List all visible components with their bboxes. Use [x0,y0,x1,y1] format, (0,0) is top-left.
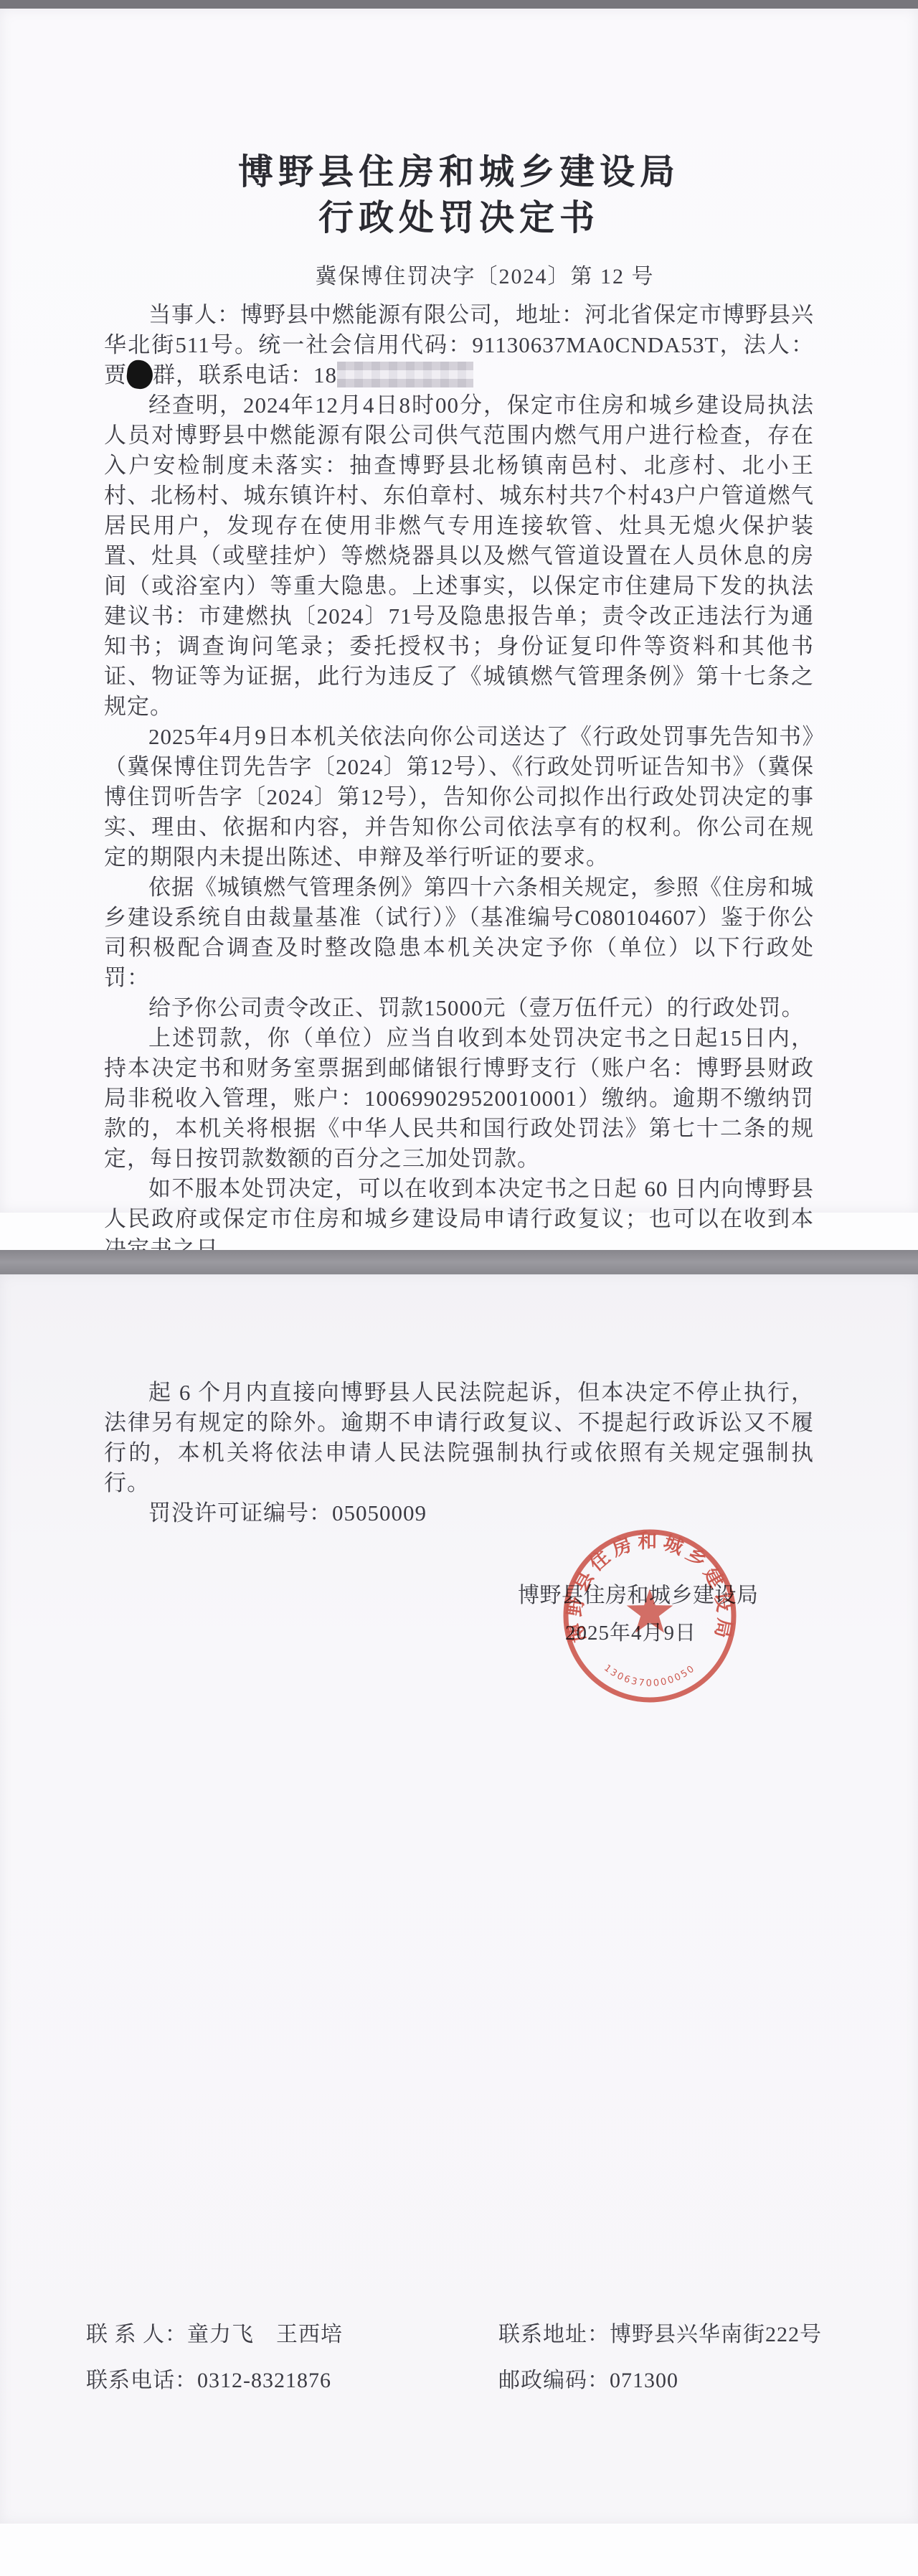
page1-body: 当事人：博野县中燃能源有限公司，地址：河北省保定市博野县兴华北街511号。统一社… [0,300,918,1264]
paragraph: 起 6 个月内直接向博野县人民法院起诉，但本决定不停止执行，法律另有规定的除外。… [104,1378,814,1498]
seal-code-text: 1306370000050 [602,1663,698,1689]
page-2: 起 6 个月内直接向博野县人民法院起诉，但本决定不停止执行，法律另有规定的除外。… [0,1274,918,2524]
document-title-line1: 博野县住房和城乡建设局 [0,9,918,195]
paragraph: 上述罚款，你（单位）应当自收到本处罚决定书之日起15日内，持本决定书和财务室票据… [104,1023,814,1174]
redaction-mosaic [337,362,473,387]
document-title-line2: 行政处罚决定书 [0,195,918,241]
contact-person: 联 系 人：童力飞 王西培 [86,2316,343,2348]
official-seal: 博野县住房和城乡建设局 1306370000050 [559,1526,740,1706]
contact-address: 联系地址：博野县兴华南街222号 [498,2316,822,2348]
contact-phone: 联系电话：0312-8321876 [86,2362,331,2394]
paragraph: 给予你公司责令改正、罚款15000元（壹万伍仟元）的行政处罚。 [104,993,814,1023]
paragraph: 当事人：博野县中燃能源有限公司，地址：河北省保定市博野县兴华北街511号。统一社… [104,300,814,390]
seal-ring-text: 博野县住房和城乡建设局 [564,1531,736,1645]
page2-body: 起 6 个月内直接向博野县人民法院起诉，但本决定不停止执行，法律另有规定的除外。… [0,1274,918,1528]
scanner-edge-strip [0,0,918,9]
page-separator [0,1250,918,1274]
redaction-black-blob [126,359,154,390]
postal-code: 邮政编码：071300 [498,2362,678,2394]
seal-star-icon [627,1589,673,1633]
paragraph: 依据《城镇燃气管理条例》第四十六条相关规定，参照《住房和城乡建设系统自由裁量基准… [104,873,814,993]
scanned-penalty-document: { "doc": { "title_line1": "博野县住房和城乡建设局",… [0,0,918,2576]
paragraph: 经查明，2024年12月4日8时00分，保定市住房和城乡建设局执法人员对博野县中… [104,390,814,722]
page-1: 博野县住房和城乡建设局 行政处罚决定书 冀保博住罚决字〔2024〕第 12 号 … [0,9,918,1213]
paragraph: 罚没许可证编号：05050009 [104,1498,814,1528]
case-number: 冀保博住罚决字〔2024〕第 12 号 [26,258,918,290]
paragraph: 2025年4月9日本机关依法向你公司送达了《行政处罚事先告知书》（冀保博住罚先告… [104,722,814,873]
